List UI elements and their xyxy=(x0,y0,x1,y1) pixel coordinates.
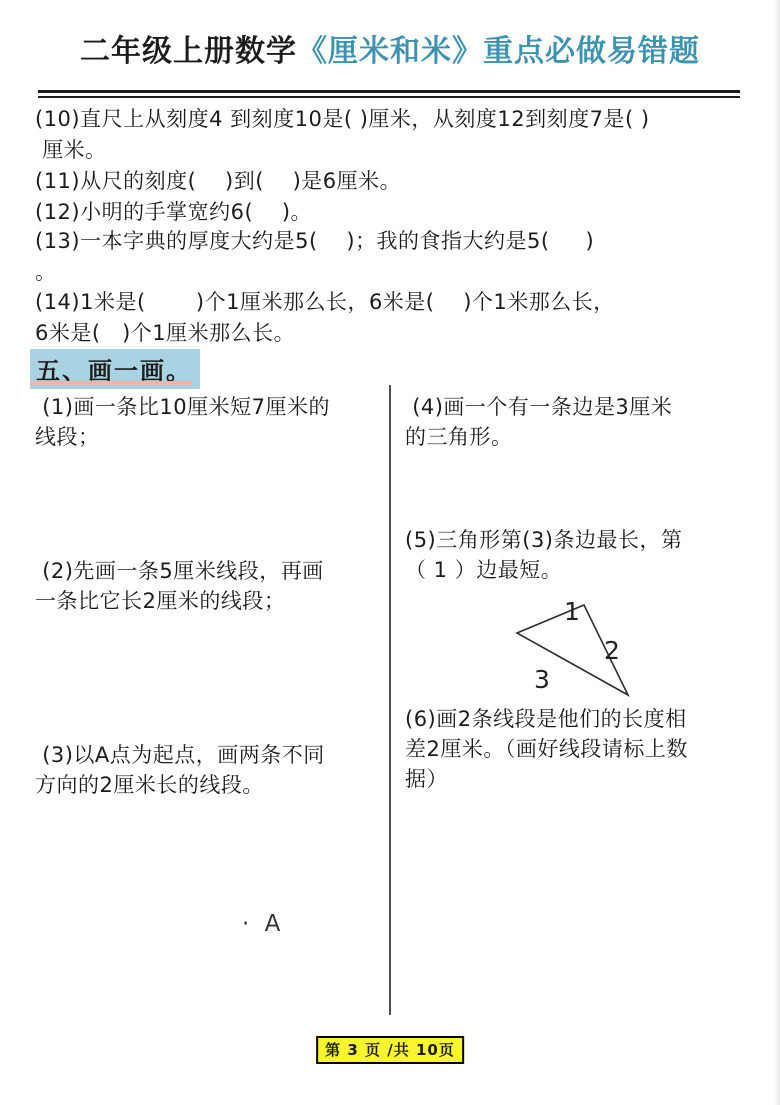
question-10: (10)直尺上从刻度4 到刻度10是( )厘米，从刻度12到刻度7是( ) 厘米… xyxy=(35,104,755,166)
page-title: 二年级上册数学《厘米和米》重点必做易错题 xyxy=(0,26,780,70)
question-3: (3)以A点为起点，画两条不同 方向的2厘米长的线段。 xyxy=(35,740,380,800)
triangle-side-label-3: 3 xyxy=(534,665,550,694)
question-4: (4)画一个有一条边是3厘米 的三角形。 xyxy=(405,392,765,452)
column-divider-line xyxy=(389,385,391,1015)
question-6: (6)画2条线段是他们的长度相 差2厘米。（画好线段请标上数 据） xyxy=(405,704,765,794)
page-title-highlight: 《厘米和米》重点必做易错题 xyxy=(297,34,700,69)
section-header-draw: 五、画一画。 xyxy=(30,349,200,389)
triangle-side-label-2: 2 xyxy=(604,636,620,665)
title-divider-line xyxy=(38,90,740,98)
triangle-figure: 1 2 3 xyxy=(500,593,645,708)
question-2: (2)先画一条5厘米线段，再画 一条比它长2厘米的线段； xyxy=(35,556,380,616)
question-12: (12)小明的手掌宽约6( )。 xyxy=(35,197,755,228)
triangle-drawing: 1 2 3 xyxy=(500,593,645,708)
question-11: (11)从尺的刻度( )到( )是6厘米。 xyxy=(35,166,755,197)
question-1: (1)画一条比10厘米短7厘米的 线段； xyxy=(35,392,380,452)
question-14: (14)1米是( )个1厘米那么长，6米是( )个1米那么长， 6米是( )个1… xyxy=(35,287,755,349)
triangle-side-label-1: 1 xyxy=(564,597,580,626)
question-13: (13)一本字典的厚度大约是5( )；我的食指大约是5( ) 。 xyxy=(35,226,755,288)
point-a-label: · A xyxy=(242,911,284,937)
section-underline-decoration xyxy=(30,381,192,385)
page-number-badge: 第 3 页 /共 10页 xyxy=(316,1036,464,1064)
page-title-prefix: 二年级上册数学 xyxy=(80,34,297,69)
worksheet-page: 二年级上册数学《厘米和米》重点必做易错题 (10)直尺上从刻度4 到刻度10是(… xyxy=(0,0,780,1105)
question-5: (5)三角形第(3)条边最长，第 （ 1 ）边最短。 xyxy=(405,525,765,585)
